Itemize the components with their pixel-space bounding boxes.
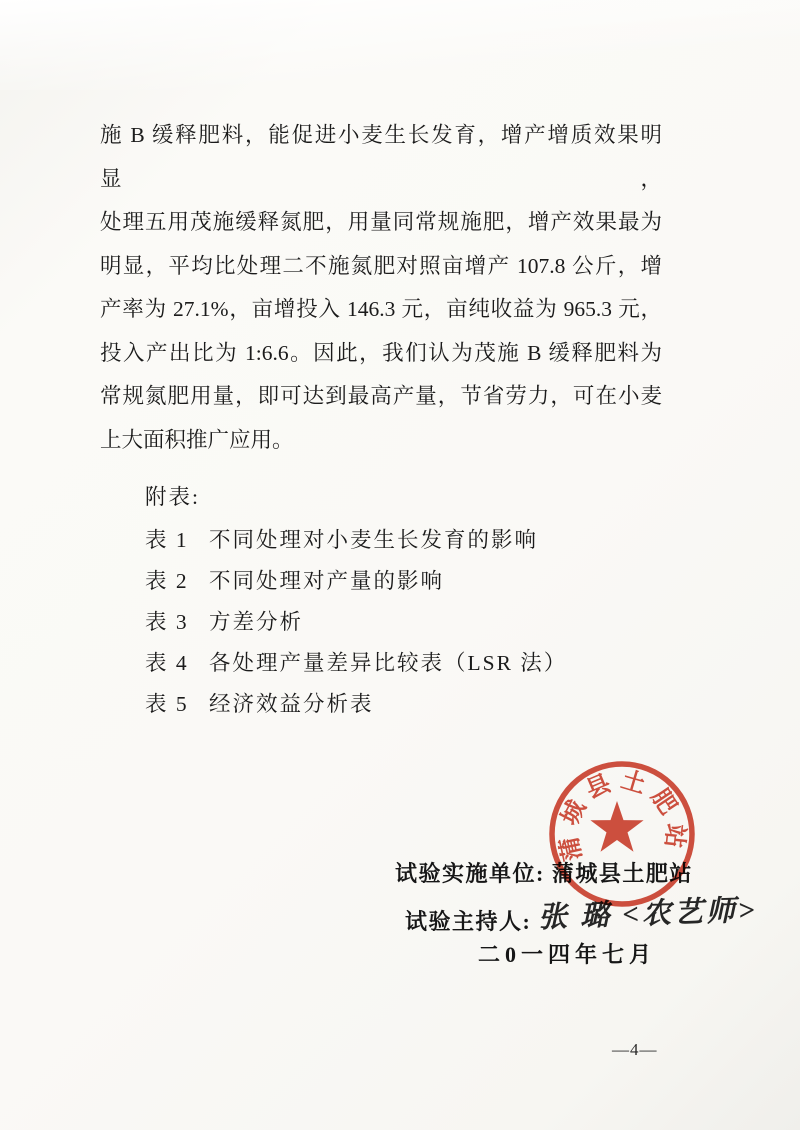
star-icon: [590, 801, 643, 852]
body-text-line: 施 B 缓释肥料，能促进小麦生长发育，增产增质效果明显，: [100, 114, 662, 201]
appendix-item: 表 2不同处理对产量的影响: [145, 561, 567, 602]
date-line: 二0一四年七月: [478, 938, 656, 969]
body-text-line: 产率为 27.1%，亩增投入 146.3 元，亩纯收益为 965.3 元，: [100, 288, 662, 332]
body-paragraph: 施 B 缓释肥料，能促进小麦生长发育，增产增质效果明显， 处理五用茂施缓释氮肥，…: [100, 114, 662, 462]
body-text-line: 投入产出比为 1:6.6。因此，我们认为茂施 B 缓释肥料为: [100, 332, 662, 376]
appendix-item-label: 表 2: [145, 561, 209, 602]
appendix-item: 表 5经济效益分析表: [145, 684, 567, 725]
appendix-item-title: 经济效益分析表: [209, 692, 374, 716]
appendix-list: 附表: 表 1不同处理对小麦生长发育的影响 表 2不同处理对产量的影响 表 3方…: [145, 477, 567, 725]
appendix-item: 表 1不同处理对小麦生长发育的影响: [145, 520, 567, 561]
implementing-unit-label: 试验实施单位:: [395, 861, 545, 886]
page-number: —4—: [612, 1040, 658, 1060]
appendix-item-title: 不同处理对小麦生长发育的影响: [209, 528, 538, 552]
body-text-line: 明显，平均比处理二不施氮肥对照亩增产 107.8 公斤，增: [100, 245, 662, 289]
host-label: 试验主持人:: [405, 909, 531, 934]
body-text-line: 常规氮肥用量，即可达到最高产量，节省劳力，可在小麦: [100, 375, 662, 419]
appendix-item: 表 4各处理产量差异比较表（LSR 法）: [145, 643, 567, 684]
appendix-item-title: 各处理产量差异比较表（LSR 法）: [209, 651, 567, 675]
appendix-heading: 附表:: [145, 477, 567, 518]
body-text-line: 处理五用茂施缓释氮肥，用量同常规施肥，增产效果最为: [100, 201, 662, 245]
appendix-item-label: 表 3: [145, 602, 209, 643]
appendix-item-title: 方差分析: [209, 610, 303, 634]
appendix-item-label: 表 4: [145, 643, 209, 684]
appendix-item-label: 表 1: [145, 520, 209, 561]
appendix-item-title: 不同处理对产量的影响: [209, 569, 444, 593]
scanned-document-page: 施 B 缓释肥料，能促进小麦生长发育，增产增质效果明显， 处理五用茂施缓释氮肥，…: [0, 0, 800, 1130]
body-text-line: 上大面积推广应用。: [100, 419, 662, 463]
appendix-item-label: 表 5: [145, 684, 209, 725]
official-seal: 蒲城县土肥站: [547, 759, 697, 909]
appendix-item: 表 3方差分析: [145, 602, 567, 643]
